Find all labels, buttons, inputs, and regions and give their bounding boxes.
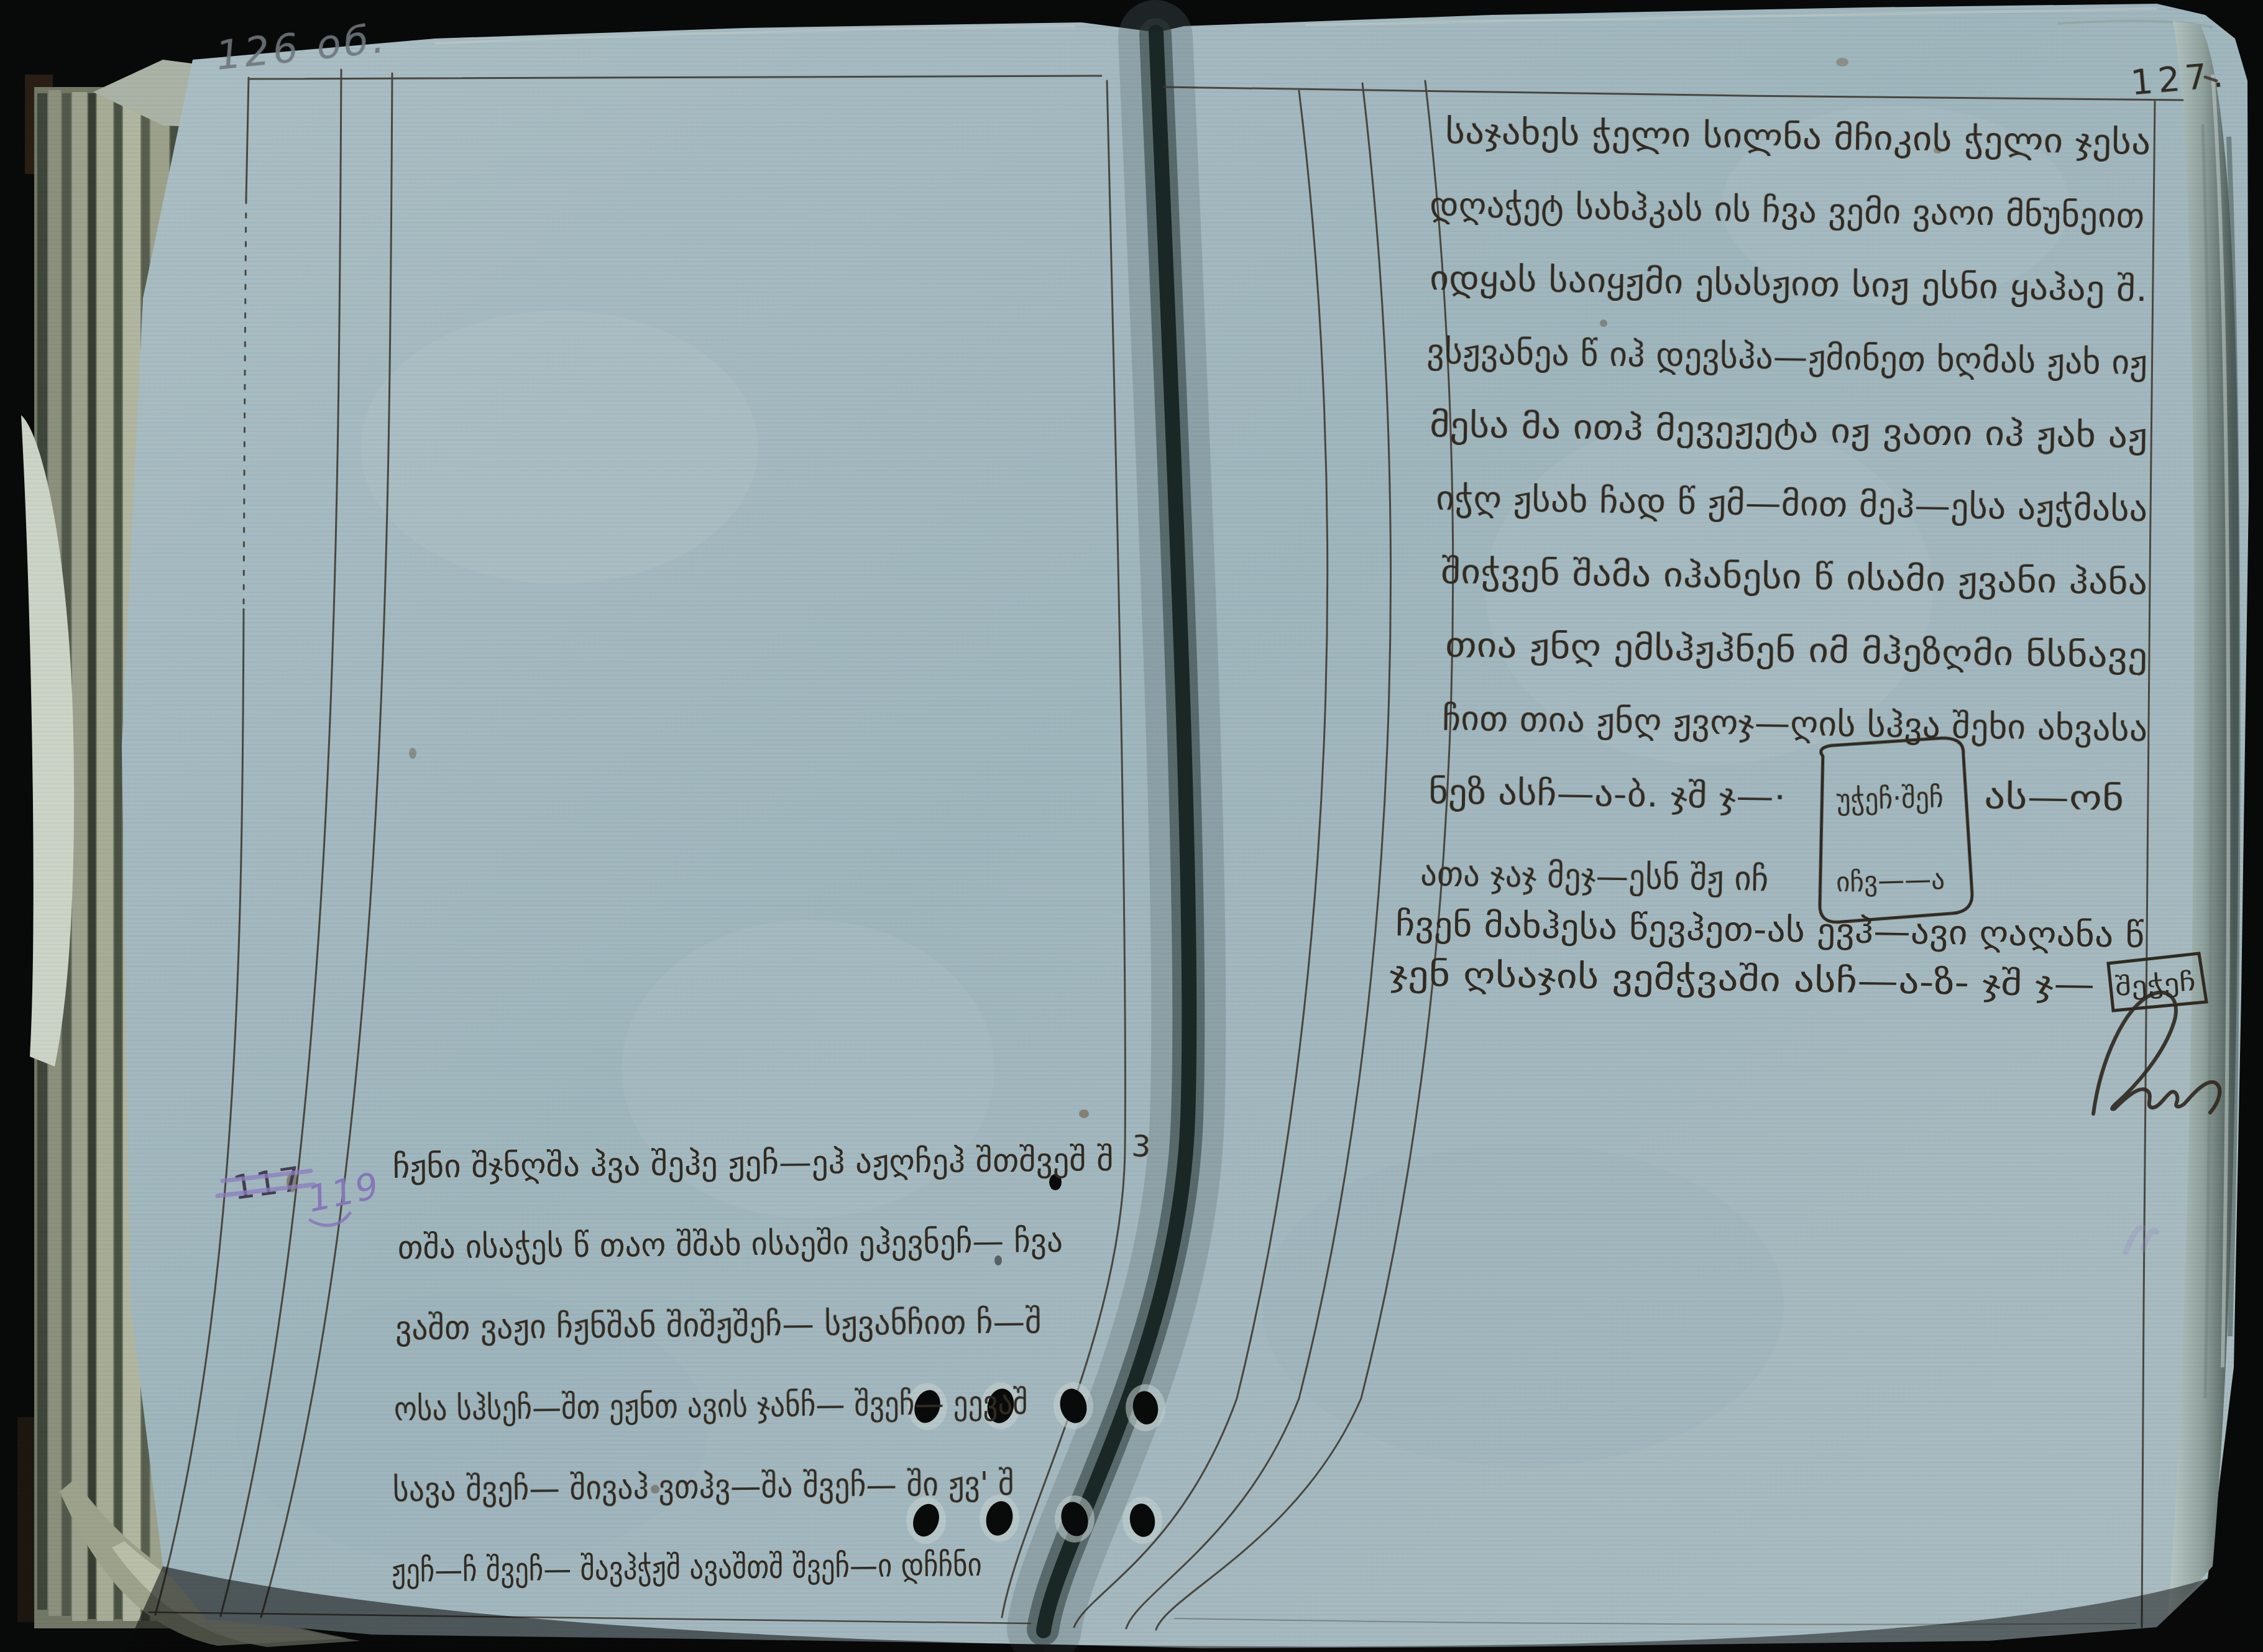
handwritten-line: სავა შვეჩ— შივაჰ ვთჰვ—შა შვეჩ— ში ჟვ' შ xyxy=(393,1466,1015,1509)
right-page-number: 127. xyxy=(2129,55,2230,103)
handwritten-line: თშა ისაჭეს წ თაო შშახ ისაეში ეჰევნეჩ— ჩვ… xyxy=(398,1223,1063,1267)
annotation-box-2-text: შეჭეჩ xyxy=(2114,968,2196,1002)
annotation-box-1-line1: უჭეჩ·შეჩ xyxy=(1836,780,1944,816)
scanned-book-spread: 126 об. 117 119 127. საჯახეს ჭელი სილნა … xyxy=(0,0,2263,1652)
handwritten-line: ვაშთ ვაჟი ჩჟნშან შიშჟშეჩ— სჟვანჩით ჩ—შ xyxy=(395,1303,1042,1347)
annotation-box-1-line2: იჩვ——ა xyxy=(1836,864,1945,899)
line-end-numeral: 3 xyxy=(1131,1129,1151,1165)
handwritten-line: ოსა სჰსეჩ—შთ ეჟნთ ავის ჯანჩ— შვეჩ— ეევაშ xyxy=(394,1384,1029,1428)
handwritten-line: ჟეჩ—ჩ შვეჩ— შავჰჭჟშ ავაშთშ შვეჩ—ი დჩჩნი xyxy=(392,1546,983,1590)
handwritten-line: ჩჟნი შჯნღშა ჰვა შეჰე ჟეჩ—ეჰ აჟღჩეჰ შთშვე… xyxy=(393,1141,1114,1186)
handwritten-line-after-box: ას—ონ xyxy=(1984,777,2124,819)
handwritten-line: ათა ჯაჯ მეჯ—ესნ შჟ იჩ xyxy=(1420,854,1769,899)
scan-art: 126 об. 117 119 127. საჯახეს ჭელი სილნა … xyxy=(0,0,2263,1652)
handwritten-line: ნეზ ასჩ—ა-ბ. ჯშ ჯ—· xyxy=(1428,772,1786,817)
